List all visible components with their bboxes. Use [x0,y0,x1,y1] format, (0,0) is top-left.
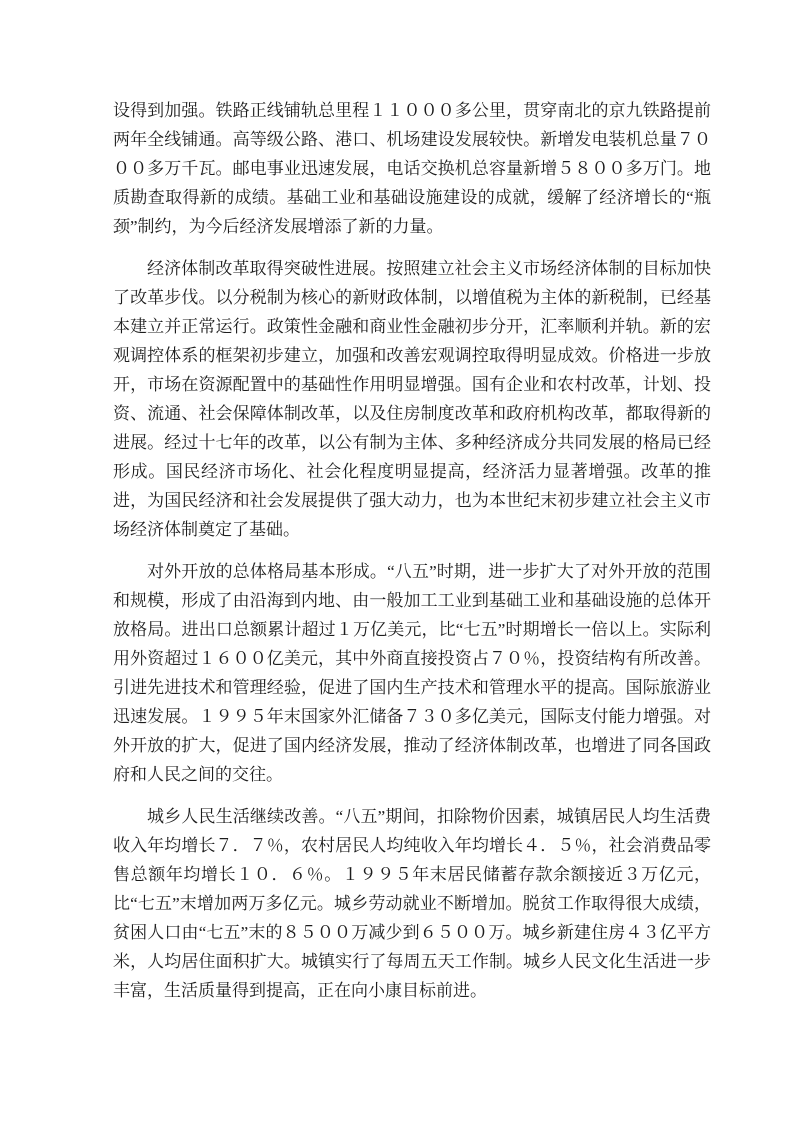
document-body: 设得到加强。铁路正线铺轨总里程１１０００多公里，贯穿南北的京九铁路提前两年全线铺… [113,96,711,1005]
paragraph-1: 设得到加强。铁路正线铺轨总里程１１０００多公里，贯穿南北的京九铁路提前两年全线铺… [113,96,711,241]
paragraph-2: 经济体制改革取得突破性进展。按照建立社会主义市场经济体制的目标加快了改革步伐。以… [113,254,711,544]
document-page: 设得到加强。铁路正线铺轨总里程１１０００多公里，贯穿南北的京九铁路提前两年全线铺… [0,0,793,1122]
paragraph-4: 城乡人民生活继续改善。“八五”期间，扣除物价因素，城镇居民人均生活费收入年均增长… [113,802,711,1005]
paragraph-3: 对外开放的总体格局基本形成。“八五”时期，进一步扩大了对外开放的范围和规模，形成… [113,557,711,789]
